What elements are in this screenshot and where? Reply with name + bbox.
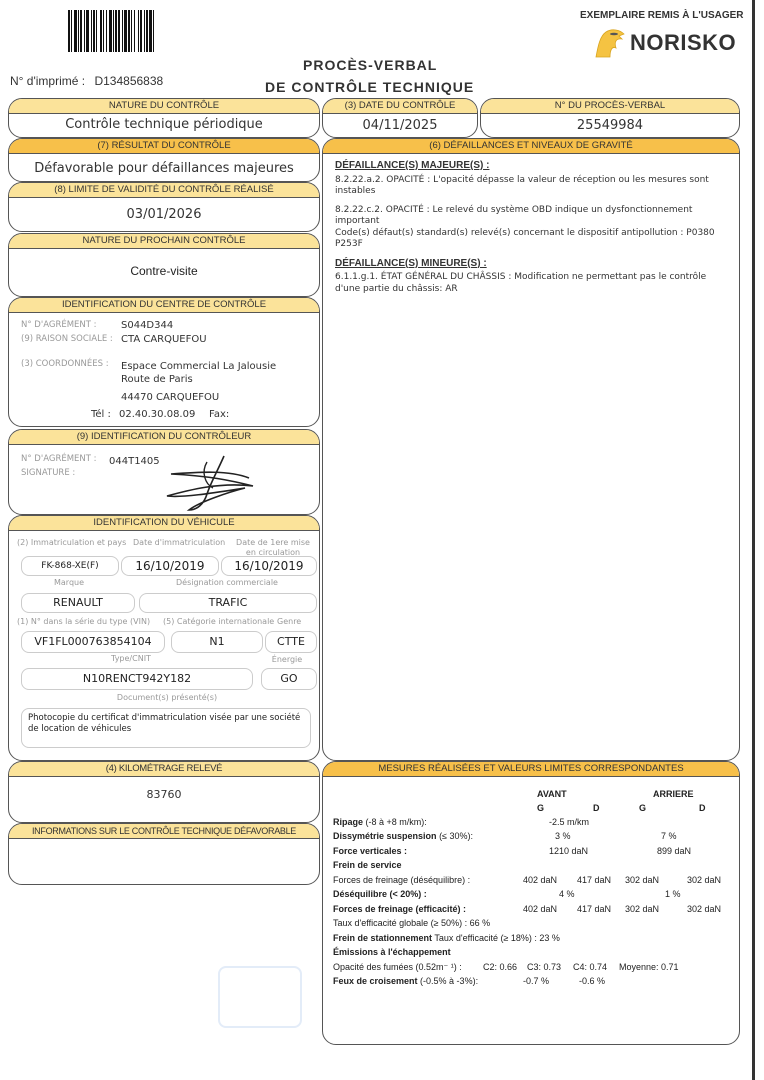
limite-validite-value: 03/01/2026	[9, 207, 319, 222]
opacite-c3: C3: 0.73	[527, 962, 561, 972]
prochain-controle-header: NATURE DU PROCHAIN CONTRÔLE	[9, 234, 319, 249]
tel-label: Tél :	[91, 409, 111, 420]
kilometrage-value: 83760	[9, 788, 319, 801]
signature-label: SIGNATURE :	[21, 468, 75, 478]
date-circ-label: Date de 1ere mise en circulation	[231, 538, 315, 558]
limite-validite-box: (8) LIMITE DE VALIDITÉ DU CONTRÔLE RÉALI…	[8, 182, 320, 232]
type-label: Type/CNIT	[21, 654, 241, 663]
forces-deseq-avant-g: 402 daN	[523, 875, 557, 885]
frein-stationnement-row: Frein de stationnement Taux d'efficacité…	[333, 933, 560, 943]
brand-name: NORISKO	[630, 30, 736, 56]
resultat-value: Défavorable pour défaillances majeures	[9, 161, 319, 176]
desequilibre-arriere: 1 %	[665, 889, 681, 899]
documents-field: Photocopie du certificat d'immatriculati…	[21, 708, 311, 748]
energie-label: Énergie	[259, 655, 315, 664]
pv-number-box: N° DU PROCÈS-VERBAL 25549984	[480, 98, 740, 138]
page-title-line1: PROCÈS-VERBAL	[303, 57, 437, 73]
mineures-title: DÉFAILLANCE(S) MINEURE(S) :	[335, 258, 727, 270]
infos-defavorable-box: INFORMATIONS SUR LE CONTRÔLE TECHNIQUE D…	[8, 823, 320, 885]
brand-logo: NORISKO	[592, 28, 736, 58]
taux-efficacite-globale: Taux d'efficacité globale (≥ 50%) : 66 %	[333, 918, 490, 928]
feux-croisement-d: -0.6 %	[579, 976, 605, 986]
page-title-line2: DE CONTRÔLE TECHNIQUE	[265, 79, 474, 95]
forces-eff-arriere-d: 302 daN	[687, 904, 721, 914]
date-immat-field: 16/10/2019	[121, 556, 219, 576]
documents-label: Document(s) présenté(s)	[21, 693, 313, 702]
defaillances-box: (6) DÉFAILLANCES ET NIVEAUX DE GRAVITÉ D…	[322, 138, 740, 761]
energie-field: GO	[261, 668, 317, 690]
defaillance-majeure-2-codes: Code(s) défaut(s) standard(s) relevé(s) …	[335, 228, 727, 251]
imprime-value: D134856838	[94, 74, 163, 88]
mesures-header: MESURES RÉALISÉES ET VALEURS LIMITES COR…	[323, 762, 739, 777]
feux-croisement-row: Feux de croisement (-0.5% à -3%):	[333, 976, 478, 986]
centre-controle-box: IDENTIFICATION DU CENTRE DE CONTRÔLE N° …	[8, 297, 320, 427]
controleur-box: (9) IDENTIFICATION DU CONTRÔLEUR N° D'AG…	[8, 429, 320, 515]
resultat-box: (7) RÉSULTAT DU CONTRÔLE Défavorable pou…	[8, 138, 320, 182]
arriere-header: ARRIERE	[653, 789, 694, 799]
centre-controle-header: IDENTIFICATION DU CENTRE DE CONTRÔLE	[9, 298, 319, 313]
nature-controle-value: Contrôle technique périodique	[9, 117, 319, 132]
force-verticales-arriere: 899 daN	[657, 846, 691, 856]
nature-controle-header: NATURE DU CONTRÔLE	[9, 99, 319, 114]
controleur-agrement-label: N° D'AGRÉMENT :	[21, 454, 97, 464]
signature-image	[149, 452, 279, 514]
marque-label: Marque	[21, 578, 117, 587]
immat-field: FK-868-XE(F)	[21, 556, 119, 576]
forces-eff-avant-d: 417 daN	[577, 904, 611, 914]
exemplaire-label: EXEMPLAIRE REMIS À L'USAGER	[580, 10, 744, 21]
majeures-title: DÉFAILLANCE(S) MAJEURE(S) :	[335, 160, 727, 172]
categorie-field: N1	[171, 631, 263, 653]
date-circ-field: 16/10/2019	[221, 556, 317, 576]
date-controle-header: (3) DATE DU CONTRÔLE	[323, 99, 477, 114]
desequilibre-avant: 4 %	[559, 889, 575, 899]
feux-croisement-g: -0.7 %	[523, 976, 549, 986]
arriere-d: D	[699, 803, 706, 813]
defaillances-content: DÉFAILLANCE(S) MAJEURE(S) : 8.2.22.a.2. …	[323, 154, 739, 295]
pv-number-header: N° DU PROCÈS-VERBAL	[481, 99, 739, 114]
dissymetrie-avant: 3 %	[555, 831, 571, 841]
vehicule-header: IDENTIFICATION DU VÉHICULE	[9, 516, 319, 531]
avant-g: G	[537, 803, 544, 813]
arriere-g: G	[639, 803, 646, 813]
forces-deseq-arriere-g: 302 daN	[625, 875, 659, 885]
scan-edge	[752, 0, 755, 1080]
raison-sociale-value: CTA CARQUEFOU	[121, 334, 207, 345]
avant-header: AVANT	[537, 789, 567, 799]
eagle-head-icon	[592, 28, 626, 58]
type-field: N10RENCT942Y182	[21, 668, 253, 690]
date-controle-value: 04/11/2025	[323, 118, 477, 133]
defaillance-majeure-1: 8.2.22.a.2. OPACITÉ : L'opacité dépasse …	[335, 175, 727, 198]
genre-label: Genre	[277, 617, 301, 626]
ripage-value: -2.5 m/km	[549, 817, 589, 827]
imprime-label: N° d'imprimé :	[10, 74, 85, 88]
kilometrage-box: (4) KILOMÉTRAGE RELEVÉ 83760	[8, 761, 320, 823]
defaillance-majeure-2: 8.2.22.c.2. OPACITÉ : Le relevé du systè…	[335, 205, 727, 228]
opacite-c2: C2: 0.66	[483, 962, 517, 972]
dissymetrie-arriere: 7 %	[661, 831, 677, 841]
force-verticales-avant: 1210 daN	[549, 846, 588, 856]
defaillances-header: (6) DÉFAILLANCES ET NIVEAUX DE GRAVITÉ	[323, 139, 739, 154]
opacite-label: Opacité des fumées (0.52m⁻ ¹) :	[333, 962, 462, 973]
infos-defavorable-header: INFORMATIONS SUR LE CONTRÔLE TECHNIQUE D…	[9, 824, 319, 839]
nature-controle-box: NATURE DU CONTRÔLE Contrôle technique pé…	[8, 98, 320, 138]
frein-service-title: Frein de service	[333, 860, 402, 870]
mesures-box: MESURES RÉALISÉES ET VALEURS LIMITES COR…	[322, 761, 740, 1045]
controleur-header: (9) IDENTIFICATION DU CONTRÔLEUR	[9, 430, 319, 445]
opacite-moyenne: Moyenne: 0.71	[619, 962, 679, 972]
marque-field: RENAULT	[21, 593, 135, 613]
categorie-label: (5) Catégorie internationale	[163, 617, 274, 626]
centre-agrement-label: N° D'AGRÉMENT :	[21, 320, 97, 330]
designation-field: TRAFIC	[139, 593, 317, 613]
date-immat-label: Date d'immatriculation	[133, 538, 225, 547]
address-line3: 44470 CARQUEFOU	[121, 392, 219, 403]
forces-eff-avant-g: 402 daN	[523, 904, 557, 914]
ripage-row: Ripage (-8 à +8 m/km):	[333, 817, 427, 827]
raison-sociale-label: (9) RAISON SOCIALE :	[21, 334, 113, 344]
resultat-header: (7) RÉSULTAT DU CONTRÔLE	[9, 139, 319, 154]
forces-eff-arriere-g: 302 daN	[625, 904, 659, 914]
dissymetrie-row: Dissymétrie suspension (≤ 30%):	[333, 831, 473, 841]
prochain-controle-box: NATURE DU PROCHAIN CONTRÔLE Contre-visit…	[8, 233, 320, 297]
stamp-outline	[218, 966, 302, 1028]
force-verticales-row: Force verticales :	[333, 846, 407, 856]
desequilibre-row: Déséquilibre (< 20%) :	[333, 889, 427, 899]
barcode	[68, 10, 230, 52]
date-controle-box: (3) DATE DU CONTRÔLE 04/11/2025	[322, 98, 478, 138]
avant-d: D	[593, 803, 600, 813]
opacite-c4: C4: 0.74	[573, 962, 607, 972]
imprime-number: N° d'imprimé : D134856838	[10, 74, 163, 88]
forces-deseq-avant-d: 417 daN	[577, 875, 611, 885]
immat-label: (2) Immatriculation et pays	[17, 538, 126, 547]
genre-field: CTTE	[265, 631, 317, 653]
forces-eff-row: Forces de freinage (efficacité) :	[333, 904, 466, 914]
vin-label: (1) N° dans la série du type (VIN)	[17, 617, 150, 626]
prochain-controle-value: Contre-visite	[9, 264, 319, 278]
fax-label: Fax:	[209, 409, 229, 420]
defaillance-mineure-1: 6.1.1.g.1. ÉTAT GÉNÉRAL DU CHÂSSIS : Mod…	[335, 272, 727, 295]
limite-validite-header: (8) LIMITE DE VALIDITÉ DU CONTRÔLE RÉALI…	[9, 183, 319, 198]
designation-label: Désignation commerciale	[139, 578, 315, 587]
vin-field: VF1FL000763854104	[21, 631, 165, 653]
emissions-title: Émissions à l'échappement	[333, 947, 451, 957]
coordonnees-label: (3) COORDONNÉES :	[21, 359, 109, 369]
forces-deseq-label: Forces de freinage (déséquilibre) :	[333, 875, 470, 885]
centre-agrement-value: S044D344	[121, 320, 173, 331]
address-line1: Espace Commercial La Jalousie	[121, 361, 276, 372]
kilometrage-header: (4) KILOMÉTRAGE RELEVÉ	[9, 762, 319, 777]
forces-deseq-arriere-d: 302 daN	[687, 875, 721, 885]
tel-value: 02.40.30.08.09	[119, 409, 195, 420]
vehicule-box: IDENTIFICATION DU VÉHICULE (2) Immatricu…	[8, 515, 320, 761]
address-line2: Route de Paris	[121, 374, 193, 385]
pv-number-value: 25549984	[481, 118, 739, 133]
